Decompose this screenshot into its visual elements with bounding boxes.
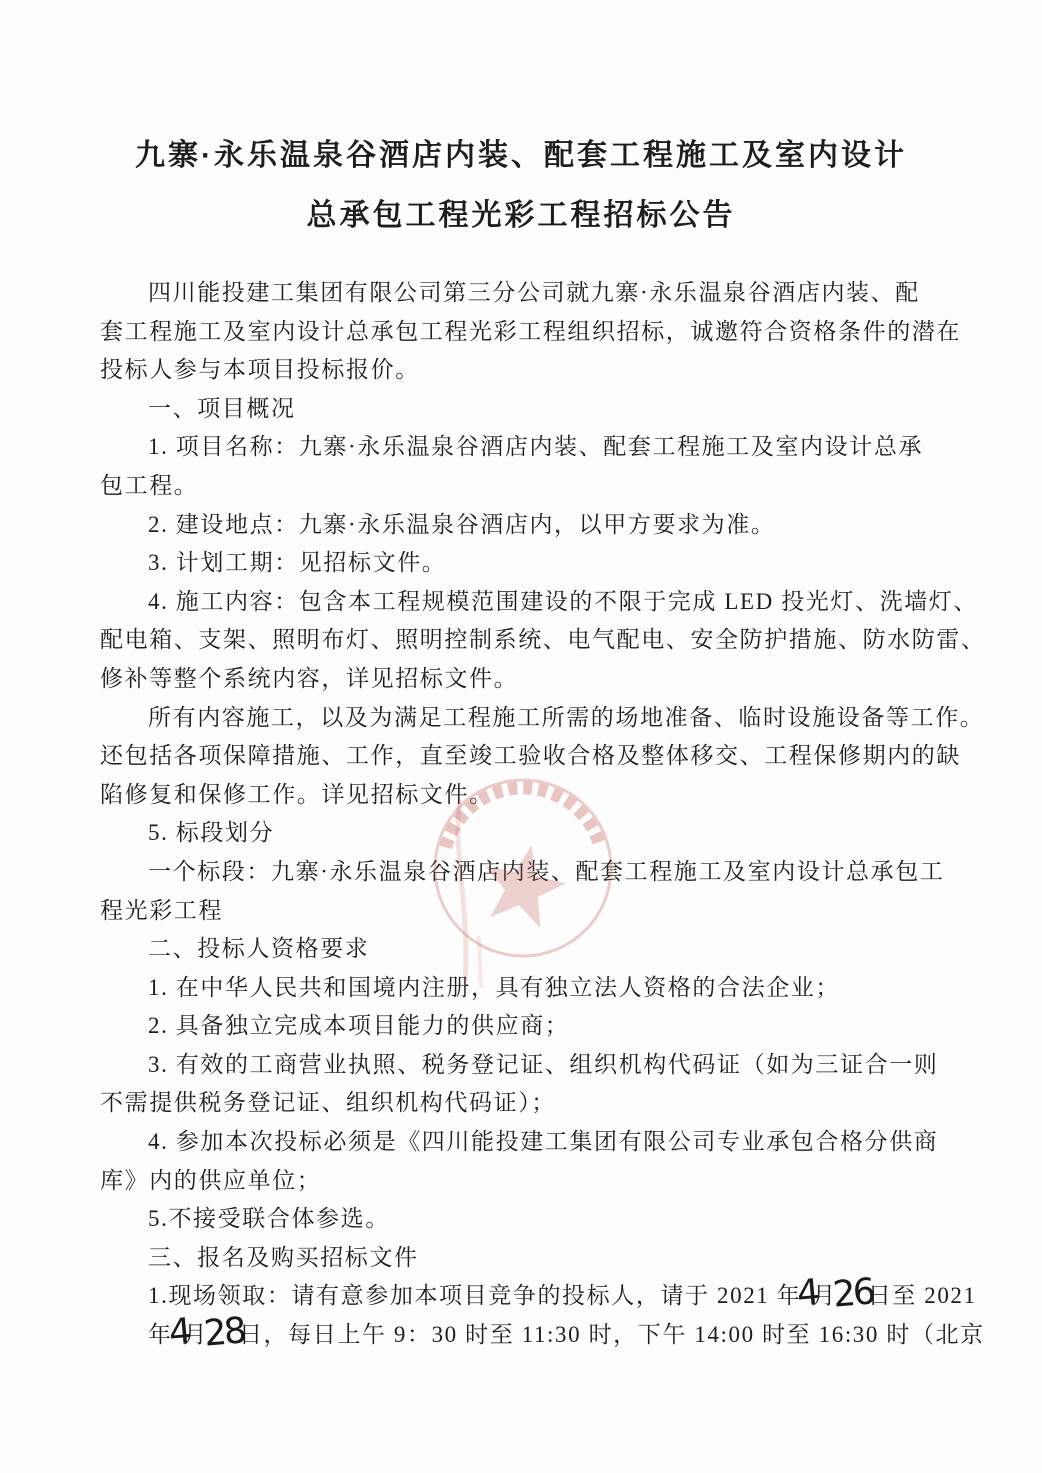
- document-title-line-1: 九寨·永乐温泉谷酒店内装、配套工程施工及室内设计: [0, 126, 1042, 186]
- printed-text-segment: 四川能投建工集团有限公司第三分公司就九寨·永乐温泉谷酒店内装、配: [148, 280, 920, 305]
- document-line: 5. 标段划分: [100, 814, 960, 853]
- document-line: 一个标段：九寨·永乐温泉谷酒店内装、配套工程施工及室内设计总承包工: [100, 853, 960, 892]
- document-line: 套工程施工及室内设计总承包工程光彩工程组织招标，诚邀符合资格条件的潜在: [100, 313, 960, 352]
- document-line: 所有内容施工，以及为满足工程施工所需的场地准备、临时设施设备等工作。: [100, 699, 960, 738]
- printed-text-segment: 所有内容施工，以及为满足工程施工所需的场地准备、临时设施设备等工作。: [148, 705, 984, 730]
- handwritten-date-digit: 4: [797, 1294, 817, 1296]
- document-line: 3. 计划工期：见招标文件。: [100, 544, 960, 583]
- document-title: 九寨·永乐温泉谷酒店内装、配套工程施工及室内设计 总承包工程光彩工程招标公告: [0, 126, 1042, 246]
- printed-text-segment: 3. 计划工期：见招标文件。: [148, 550, 446, 575]
- printed-text-segment: 2. 具备独立完成本项目能力的供应商；: [148, 1013, 569, 1038]
- document-page: 九寨·永乐温泉谷酒店内装、配套工程施工及室内设计 总承包工程光彩工程招标公告 四…: [0, 0, 1042, 1473]
- document-line: 还包括各项保障措施、工作，直至竣工验收合格及整体移交、工程保修期内的缺: [100, 737, 960, 776]
- printed-text-segment: 不需提供税务登记证、组织机构代码证）；: [100, 1090, 556, 1115]
- printed-text-segment: 4. 施工内容：包含本工程规模范围建设的不限于完成 LED 投光灯、洗墙灯、: [148, 589, 978, 614]
- document-line: 1. 项目名称：九寨·永乐温泉谷酒店内装、配套工程施工及室内设计总承: [100, 428, 960, 467]
- document-line: 2. 具备独立完成本项目能力的供应商；: [100, 1007, 960, 1046]
- document-line: 包工程。: [100, 467, 960, 506]
- printed-text-segment: 1. 项目名称：九寨·永乐温泉谷酒店内装、配套工程施工及室内设计总承: [148, 434, 923, 459]
- printed-text-segment: 一个标段：九寨·永乐温泉谷酒店内装、配套工程施工及室内设计总承包工: [148, 859, 944, 884]
- printed-text-segment: 包工程。: [100, 473, 198, 498]
- document-line: 配电箱、支架、照明布灯、照明控制系统、电气配电、安全防护措施、防水防雷、: [100, 621, 960, 660]
- printed-text-segment: 2. 建设地点：九寨·永乐温泉谷酒店内，以甲方要求为准。: [148, 512, 775, 537]
- handwritten-date-digit: 28: [204, 1331, 244, 1334]
- document-line: 3. 有效的工商营业执照、税务登记证、组织机构代码证（如为三证合一则: [100, 1046, 960, 1085]
- document-title-line-2: 总承包工程光彩工程招标公告: [0, 186, 1042, 246]
- document-line: 程光彩工程: [100, 892, 960, 931]
- printed-text-segment: 1. 在中华人民共和国境内注册，具有独立法人资格的合法企业；: [148, 975, 840, 1000]
- document-line: 不需提供税务登记证、组织机构代码证）；: [100, 1084, 960, 1123]
- printed-text-segment: 程光彩工程: [100, 898, 223, 923]
- document-line: 1. 在中华人民共和国境内注册，具有独立法人资格的合法企业；: [100, 969, 960, 1008]
- document-line: 4. 施工内容：包含本工程规模范围建设的不限于完成 LED 投光灯、洗墙灯、: [100, 583, 960, 622]
- document-line: 陷修复和保修工作。详见招标文件。: [100, 776, 960, 815]
- document-line: 2. 建设地点：九寨·永乐温泉谷酒店内，以甲方要求为准。: [100, 506, 960, 545]
- printed-text-segment: 陷修复和保修工作。详见招标文件。: [100, 782, 494, 807]
- document-line: 四川能投建工集团有限公司第三分公司就九寨·永乐温泉谷酒店内装、配: [100, 274, 960, 313]
- printed-text-segment: 一、项目概况: [148, 396, 296, 421]
- document-line: 修补等整个系统内容，详见招标文件。: [100, 660, 960, 699]
- handwritten-date-digit: 4: [169, 1332, 189, 1334]
- printed-text-segment: 三、报名及购买招标文件: [148, 1245, 419, 1270]
- printed-text-segment: 投标人参与本项目投标报价。: [100, 357, 420, 382]
- printed-text-segment: 配电箱、支架、照明布灯、照明控制系统、电气配电、安全防护措施、防水防雷、: [100, 627, 986, 652]
- document-body: 四川能投建工集团有限公司第三分公司就九寨·永乐温泉谷酒店内装、配套工程施工及室内…: [100, 274, 960, 1355]
- printed-text-segment: 库》内的供应单位；: [100, 1168, 321, 1193]
- printed-text-segment: 5.不接受联合体参选。: [148, 1206, 390, 1231]
- handwritten-date-digit: 26: [833, 1293, 873, 1296]
- document-line: 一、项目概况: [100, 390, 960, 429]
- printed-text-segment: 4. 参加本次投标必须是《四川能投建工集团有限公司专业承包合格分供商: [148, 1129, 938, 1154]
- printed-text-segment: 套工程施工及室内设计总承包工程光彩工程组织招标，诚邀符合资格条件的潜在: [100, 319, 961, 344]
- printed-text-segment: 1.现场领取：请有意参加本项目竞争的投标人，请于 2021 年: [148, 1283, 801, 1308]
- printed-text-segment: 还包括各项保障措施、工作，直至竣工验收合格及整体移交、工程保修期内的缺: [100, 743, 961, 768]
- document-line: 4. 参加本次投标必须是《四川能投建工集团有限公司专业承包合格分供商: [100, 1123, 960, 1162]
- printed-text-segment: 日至 2021: [868, 1283, 977, 1308]
- printed-text-segment: 3. 有效的工商营业执照、税务登记证、组织机构代码证（如为三证合一则: [148, 1052, 938, 1077]
- document-line: 5.不接受联合体参选。: [100, 1200, 960, 1239]
- printed-text-segment: 日，每日上午 9：30 时至 11:30 时，下午 14:00 时至 16:30…: [239, 1322, 985, 1347]
- document-line: 库》内的供应单位；: [100, 1162, 960, 1201]
- document-line: 1.现场领取：请有意参加本项目竞争的投标人，请于 2021 年4月26日至 20…: [100, 1277, 960, 1316]
- document-line: 三、报名及购买招标文件: [100, 1239, 960, 1278]
- document-line: 投标人参与本项目投标报价。: [100, 351, 960, 390]
- printed-text-segment: 二、投标人资格要求: [148, 936, 369, 961]
- printed-text-segment: 5. 标段划分: [148, 820, 274, 845]
- printed-text-segment: 修补等整个系统内容，详见招标文件。: [100, 666, 518, 691]
- document-line: 二、投标人资格要求: [100, 930, 960, 969]
- document-line: 年4月28日，每日上午 9：30 时至 11:30 时，下午 14:00 时至 …: [100, 1316, 960, 1355]
